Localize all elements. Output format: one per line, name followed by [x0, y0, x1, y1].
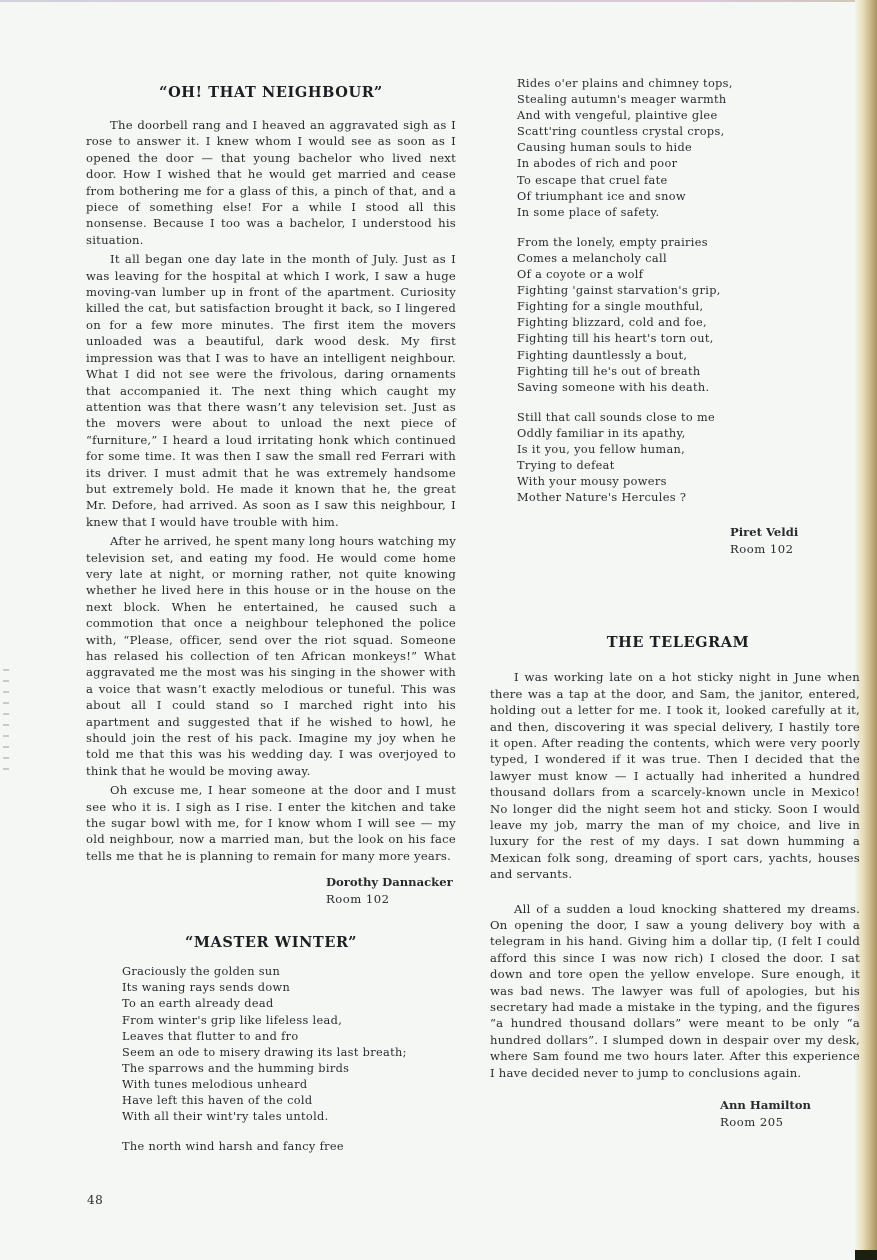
author-name: Ann Hamilton	[720, 1097, 860, 1114]
poem-line: Fighting till he's out of breath	[517, 364, 860, 380]
poem-line: To escape that cruel fate	[517, 173, 860, 189]
poem-body: Graciously the golden sun Its waning ray…	[122, 964, 456, 1155]
stanza: Still that call sounds close to me Oddly…	[517, 410, 860, 507]
poem-master-winter-part2: Rides o'er plains and chimney tops, Stea…	[490, 76, 860, 558]
poem-line: With your mousy powers	[517, 474, 860, 490]
author-name: Piret Veldi	[730, 524, 860, 541]
author-name: Dorothy Dannacker	[326, 874, 456, 891]
poem-line: Mother Nature's Hercules ?	[517, 490, 860, 506]
poem-line: Oddly familiar in its apathy,	[517, 426, 860, 442]
poem-body-continued: Rides o'er plains and chimney tops, Stea…	[517, 76, 860, 506]
poem-line: Is it you, you fellow human,	[517, 442, 860, 458]
author-room: Room 102	[326, 891, 456, 908]
poem-line: And with vengeful, plaintive glee	[517, 108, 860, 124]
poem-line: Fighting blizzard, cold and foe,	[517, 315, 860, 331]
poem-line: Fighting till his heart's torn out,	[517, 331, 860, 347]
poem-title: “MASTER WINTER”	[86, 934, 456, 951]
page-number: 48	[87, 1193, 103, 1207]
story-body: The doorbell rang and I heaved an aggrav…	[86, 117, 456, 864]
poem-line: The sparrows and the humming birds	[122, 1061, 456, 1077]
poem-line: From winter's grip like lifeless lead,	[122, 1013, 456, 1029]
story-oh-that-neighbour: “OH! THAT NEIGHBOUR” The doorbell rang a…	[86, 84, 456, 908]
poem-line: Have left this haven of the cold	[122, 1093, 456, 1109]
poem-line: Fighting dauntlessly a bout,	[517, 348, 860, 364]
byline: Piret Veldi Room 102	[730, 524, 860, 558]
poem-line: Rides o'er plains and chimney tops,	[517, 76, 860, 92]
poem-line: From the lonely, empty prairies	[517, 235, 860, 251]
poem-line: Fighting for a single mouthful,	[517, 299, 860, 315]
poem-line: Scatt'ring countless crystal crops,	[517, 124, 860, 140]
story-title: THE TELEGRAM	[490, 634, 860, 651]
paragraph: It all began one day late in the month o…	[86, 251, 456, 530]
story-body: I was working late on a hot sticky night…	[490, 669, 860, 1081]
poem-line: Of triumphant ice and snow	[517, 189, 860, 205]
paragraph: I was working late on a hot sticky night…	[490, 669, 860, 882]
byline: Dorothy Dannacker Room 102	[326, 874, 456, 908]
poem-line: With all their wint'ry tales untold.	[122, 1109, 456, 1125]
magazine-page: “OH! THAT NEIGHBOUR” The doorbell rang a…	[0, 0, 877, 1260]
poem-line: The north wind harsh and fancy free	[122, 1139, 456, 1155]
stanza: Graciously the golden sun Its waning ray…	[122, 964, 456, 1125]
poem-line: Seem an ode to misery drawing its last b…	[122, 1045, 456, 1061]
poem-line: Saving someone with his death.	[517, 380, 860, 396]
author-room: Room 205	[720, 1114, 860, 1131]
byline: Ann Hamilton Room 205	[720, 1097, 860, 1131]
stanza: From the lonely, empty prairies Comes a …	[517, 235, 860, 396]
paragraph: Oh excuse me, I hear someone at the door…	[86, 782, 456, 864]
poem-line: In some place of safety.	[517, 205, 860, 221]
poem-line: To an earth already dead	[122, 996, 456, 1012]
paragraph: The doorbell rang and I heaved an aggrav…	[86, 117, 456, 248]
poem-line: Fighting 'gainst starvation's grip,	[517, 283, 860, 299]
poem-line: Graciously the golden sun	[122, 964, 456, 980]
poem-line: Of a coyote or a wolf	[517, 267, 860, 283]
story-title: “OH! THAT NEIGHBOUR”	[86, 84, 456, 101]
poem-line: Comes a melancholy call	[517, 251, 860, 267]
story-the-telegram: THE TELEGRAM I was working late on a hot…	[490, 634, 860, 1131]
poem-line: In abodes of rich and poor	[517, 156, 860, 172]
poem-line: With tunes melodious unheard	[122, 1077, 456, 1093]
poem-line: Leaves that flutter to and fro	[122, 1029, 456, 1045]
poem-line: Causing human souls to hide	[517, 140, 860, 156]
poem-line: Still that call sounds close to me	[517, 410, 860, 426]
right-column: Rides o'er plains and chimney tops, Stea…	[490, 76, 860, 1131]
page-top-edge	[0, 0, 877, 2]
left-column: “OH! THAT NEIGHBOUR” The doorbell rang a…	[86, 84, 456, 1155]
poem-line: Its waning rays sends down	[122, 980, 456, 996]
page-corner-shadow	[855, 1250, 877, 1260]
poem-line: Trying to defeat	[517, 458, 860, 474]
author-room: Room 102	[730, 541, 860, 558]
stanza: The north wind harsh and fancy free	[122, 1139, 456, 1155]
paragraph: After he arrived, he spent many long hou…	[86, 533, 456, 779]
bleed-through-marks	[3, 660, 9, 770]
poem-line: Stealing autumn's meager warmth	[517, 92, 860, 108]
stanza: Rides o'er plains and chimney tops, Stea…	[517, 76, 860, 221]
paragraph: All of a sudden a loud knocking shattere…	[490, 901, 860, 1081]
poem-master-winter-part1: “MASTER WINTER” Graciously the golden su…	[86, 934, 456, 1155]
